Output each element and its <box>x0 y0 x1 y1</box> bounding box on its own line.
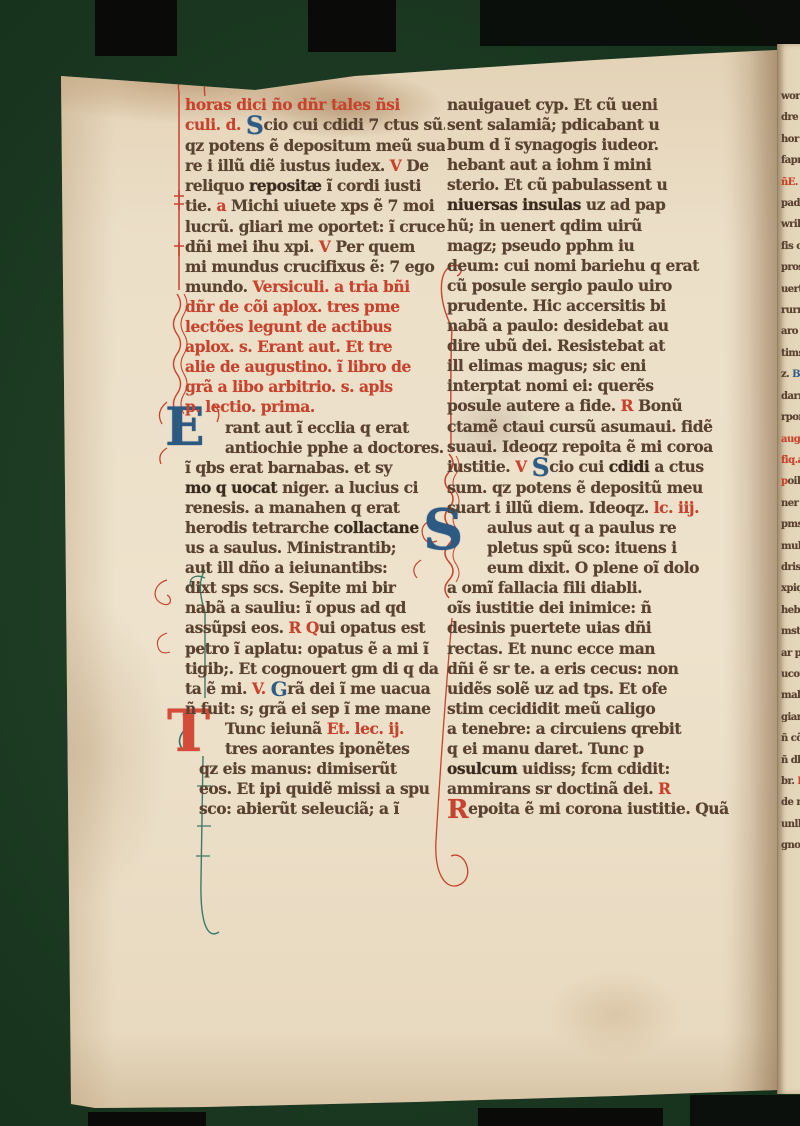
manuscript-line: nabã a sauliu: ĩ opus ad qd <box>185 598 445 618</box>
text-segment: petro ĩ aplatu: opatus ẽ a mi ĩ <box>185 639 429 658</box>
text-segment: re i illũ diẽ iustus iudex. <box>185 156 390 175</box>
manuscript-line: horas dici ño dñr tales ñsi <box>185 95 445 115</box>
text-segment: wor <box>781 91 800 102</box>
manuscript-line: p. lectio. prima. <box>185 397 445 417</box>
text-segment: G <box>271 677 288 701</box>
text-segment: desinis puertete uias dñi <box>447 618 651 637</box>
next-page-edge: wordrehorfaprñE.padewrilifis oprosuert d… <box>777 44 800 1094</box>
manuscript-line: ar pt p <box>781 643 800 664</box>
text-segment: B <box>792 369 800 380</box>
text-column-left: horas dici ño dñr tales ñsiculi. d. Scio… <box>185 95 445 819</box>
manuscript-line: aulus aut q a paulus re <box>447 518 735 538</box>
text-segment: ill elimas magus; sic eni <box>447 356 646 375</box>
manuscript-line: osulcum uidiss; fcm cdidit: <box>447 759 735 779</box>
manuscript-line: nabã a paulo: desidebat au <box>447 316 735 336</box>
text-segment: cdidi <box>609 457 650 476</box>
text-segment: V <box>515 457 532 476</box>
text-segment: tres aorantes iponẽtes <box>225 739 409 758</box>
text-segment: V <box>319 237 336 256</box>
text-segment: rurn <box>781 305 800 316</box>
manuscript-line: aplox. s. Erant aut. Et tre <box>185 337 445 357</box>
manuscript-line: lucrũ. gliari me oportet: ĩ cruce <box>185 217 445 237</box>
text-segment: eum dixit. O plene oĩ dolo <box>487 558 699 577</box>
text-segment: sent salamiã; pdicabant u <box>447 115 659 134</box>
text-segment: dris b <box>781 562 800 573</box>
text-segment: gnove <box>781 840 800 851</box>
manuscript-line: deum: cui nomi bariehu q erat <box>447 256 735 276</box>
text-segment: ĩ qbs erat barnabas. et sy <box>185 458 392 477</box>
red-margin-curl-2 <box>157 633 170 653</box>
next-page-text-fragments: wordrehorfaprñE.padewrilifis oprosuert d… <box>781 86 800 857</box>
manuscript-line: rporta <box>781 407 800 428</box>
manuscript-line: pletus spũ sco: ituens i <box>447 538 735 558</box>
manuscript-line: fis o <box>781 236 800 257</box>
text-segment: magz; pseudo pphm iu <box>447 236 634 255</box>
text-segment: qz potens ẽ depositum meũ sua <box>185 136 445 155</box>
manuscript-line: poik <box>781 471 800 492</box>
text-segment: oĩs iustitie dei inimice: ñ <box>447 598 651 617</box>
text-segment: pros <box>781 262 800 273</box>
text-segment: us a saulus. Ministrantib; <box>185 538 396 557</box>
text-segment: giam. <box>781 712 800 723</box>
text-segment: tie. <box>185 196 216 215</box>
text-segment: niger. a lucius ci <box>277 478 418 497</box>
manuscript-line: suart i illũ diem. Ideoqz. lc. iij. <box>447 498 735 518</box>
text-segment: a omĩ fallacia fili diabli. <box>447 578 642 597</box>
text-segment: dñi ẽ sr te. a eris cecus: non <box>447 659 678 678</box>
manuscript-line: a tenebre: a circuiens qrebit <box>447 719 735 739</box>
text-segment: renesis. a manahen q erat <box>185 498 400 517</box>
manuscript-line: lectões legunt de actibus <box>185 317 445 337</box>
manuscript-line: de mple <box>781 792 800 813</box>
manuscript-line: ucou. <box>781 664 800 685</box>
text-segment: ta ẽ mi. <box>185 679 252 698</box>
text-segment: Per quem <box>335 237 414 256</box>
text-segment: aulus aut q a paulus re <box>487 518 676 537</box>
text-segment: antiochie pphe a doctores. <box>225 438 444 457</box>
text-segment: stim cecididit meũ caligo <box>447 699 655 718</box>
text-segment: a <box>216 196 231 215</box>
manuscript-line: fapr <box>781 150 800 171</box>
text-segment: niuersas insulas <box>447 195 581 214</box>
text-segment: reliquo <box>185 176 249 195</box>
text-segment: uz ad pap <box>581 195 665 214</box>
manuscript-line: prudente. Hic accersitis bi <box>447 296 735 316</box>
red-margin-curl <box>155 580 170 605</box>
manuscript-line: petro ĩ aplatu: opatus ẽ a mi ĩ <box>185 639 445 659</box>
text-segment: wrili <box>781 219 800 230</box>
manuscript-line: alie de augustino. ĩ libro de <box>185 357 445 377</box>
manuscript-line: aro V <box>781 321 800 342</box>
text-segment: ñ db ua <box>781 755 800 766</box>
red-ascender-hook <box>245 68 257 72</box>
text-segment: grã a libo arbitrio. s. apls <box>185 377 393 396</box>
manuscript-line: hũ; in uenert qdim uirũ <box>447 216 735 236</box>
manuscript-line: rectas. Et nunc ecce man <box>447 639 735 659</box>
text-segment: collactane <box>334 518 419 537</box>
margin-line-knots <box>174 190 184 256</box>
manuscript-line: sterio. Et cũ pabulassent u <box>447 175 735 195</box>
text-segment: hor <box>781 134 799 145</box>
manuscript-line: mi mundus crucifixus ẽ: 7 ego <box>185 257 445 277</box>
manuscript-line: z. B <box>781 364 800 385</box>
manuscript-line: ñ db ua <box>781 750 800 771</box>
manuscript-line: augu <box>781 429 800 450</box>
manuscript-line: tie. a Michi uiuete xps ẽ 7 moi <box>185 196 445 216</box>
text-segment: fiq.an <box>781 455 800 466</box>
text-segment: ar pt p <box>781 648 800 659</box>
text-segment: Michi uiuete xps ẽ 7 moi <box>231 196 434 215</box>
manuscript-line: br. RT <box>781 771 800 792</box>
text-segment: pletus spũ sco: ituens i <box>487 538 677 557</box>
text-segment: tigib;. Et cognouert gm di q da <box>185 659 439 678</box>
text-segment: cũ posule sergio paulo uiro <box>447 276 672 295</box>
manuscript-line: eum dixit. O plene oĩ dolo <box>447 558 735 578</box>
text-segment: Versiculi. a tria bñi <box>253 277 410 296</box>
manuscript-line: assũpsi eos. R Qui opatus est <box>185 618 445 638</box>
manuscript-line: darn <box>781 386 800 407</box>
manuscript-line: gnove <box>781 835 800 856</box>
text-segment: uidẽs solẽ uz ad tps. Et ofe <box>447 679 667 698</box>
manuscript-line: wor <box>781 86 800 107</box>
cradle-shadow-top-right <box>480 0 800 46</box>
text-segment: a tenebre: a circuiens qrebit <box>447 719 681 738</box>
text-segment: Bonũ <box>638 396 682 415</box>
manuscript-line: posule autere a fide. R Bonũ <box>447 396 735 416</box>
manuscript-line: unlle ar <box>781 814 800 835</box>
manuscript-line: ñ cõi. <box>781 728 800 749</box>
manuscript-line: cũ posule sergio paulo uiro <box>447 276 735 296</box>
text-segment: epoita ẽ mi corona iustitie. Quã <box>468 799 729 818</box>
text-segment: R Q <box>288 618 318 637</box>
manuscript-line: dre <box>781 107 800 128</box>
text-segment: suaui. Ideoqz repoita ẽ mi coroa <box>447 437 713 456</box>
manuscript-line: iustitie. V Scio cui cdidi a ctus <box>447 457 735 478</box>
manuscript-line: mundo. Versiculi. a tria bñi <box>185 277 445 297</box>
manuscript-line: wrili <box>781 214 800 235</box>
text-segment: ammirans sr doctinã dei. <box>447 779 658 798</box>
manuscript-line: reliquo repositæ ĩ cordi iusti <box>185 176 445 196</box>
text-segment: iustitie. <box>447 457 515 476</box>
text-segment: hebr <box>781 605 800 616</box>
manuscript-line: niuersas insulas uz ad pap <box>447 195 735 215</box>
manuscript-line: dire ubũ dei. Resistebat at <box>447 336 735 356</box>
manuscript-line: pros <box>781 257 800 278</box>
manuscript-line: mo q uocat niger. a lucius ci <box>185 478 445 498</box>
margin-filigree-left <box>174 294 181 414</box>
manuscript-line: sum. qz potens ẽ depositũ meu <box>447 478 735 498</box>
text-segment: aut ill dño a ieiunantibs: <box>185 558 387 577</box>
text-segment: cio cui cdidi 7 ctus sũ. <box>263 115 445 134</box>
manuscript-line: nauigauet cyp. Et cũ ueni <box>447 95 735 115</box>
manuscript-line: tims l <box>781 343 800 364</box>
manuscript-line: hebr <box>781 600 800 621</box>
manuscript-line: grã a libo arbitrio. s. apls <box>185 377 445 397</box>
text-segment: sco: abierũt seleuciã; a ĩ <box>199 799 399 818</box>
margin-line-top-curl <box>178 71 195 92</box>
text-segment: unlle ar <box>781 819 800 830</box>
text-segment: eos. Et ipi quidẽ missi a spu <box>199 779 429 798</box>
text-segment: osulcum <box>447 759 517 778</box>
text-segment: suart i illũ diem. Ideoqz. <box>447 498 654 517</box>
text-segment: ñ fuit: s; grã ei sep ĩ me mane <box>185 699 431 718</box>
manuscript-line: pade <box>781 193 800 214</box>
manuscript-line: ctamẽ ctaui cursũ asumaui. fidẽ <box>447 417 735 437</box>
text-segment: lucrũ. gliari me oportet: ĩ cruce <box>185 217 445 236</box>
text-segment: ĩ cordi iusti <box>322 176 421 195</box>
text-segment: qz eis manus: dimiserũt <box>199 759 397 778</box>
manuscript-line: re i illũ diẽ iustus iudex. V De <box>185 156 445 176</box>
manuscript-line: desinis puertete uias dñi <box>447 618 735 638</box>
cradle-strap-top-left <box>95 0 177 56</box>
text-segment: rã dei ĩ me uacua <box>287 679 430 698</box>
manuscript-line: dris b <box>781 557 800 578</box>
manuscript-line: mali r <box>781 685 800 706</box>
text-segment: Tunc ieiunã <box>225 719 327 738</box>
manuscript-photo: wordrehorfaprñE.padewrilifis oprosuert d… <box>0 0 800 1126</box>
text-segment: nabã a paulo: desidebat au <box>447 316 669 335</box>
manuscript-line: tigib;. Et cognouert gm di q da <box>185 659 445 679</box>
manuscript-line: xpiqu <box>781 578 800 599</box>
text-segment: horas dici ño dñr tales ñsi <box>185 95 400 114</box>
manuscript-line: ta ẽ mi. V. Grã dei ĩ me uacua <box>185 679 445 699</box>
manuscript-line: ĩ qbs erat barnabas. et sy <box>185 458 445 478</box>
text-segment: posule autere a fide. <box>447 396 621 415</box>
text-segment: Et. lec. ij. <box>327 719 404 738</box>
manuscript-line: a omĩ fallacia fili diabli. <box>447 578 735 598</box>
manuscript-line: oĩs iustitie dei inimice: ñ <box>447 598 735 618</box>
manuscript-line: ñE. <box>781 172 800 193</box>
manuscript-line: sent salamiã; pdicabant u <box>447 115 735 135</box>
text-segment: De <box>406 156 428 175</box>
manuscript-line: culi. d. Scio cui cdidi 7 ctus sũ. <box>185 115 445 136</box>
text-segment: nabã a sauliu: ĩ opus ad qd <box>185 598 406 617</box>
manuscript-line: giam. <box>781 707 800 728</box>
text-segment: lc. iij. <box>654 498 699 517</box>
text-segment: mo q uocat <box>185 478 277 497</box>
manuscript-line: antiochie pphe a doctores. <box>185 438 445 458</box>
text-segment: dñr de cõi aplox. tres pme <box>185 297 400 316</box>
text-segment: interptat nomi ei: querẽs <box>447 376 654 395</box>
text-segment: xpiqu <box>781 583 800 594</box>
red-ascender-flourish <box>204 65 227 96</box>
text-segment: msta s <box>781 626 800 637</box>
manuscript-line: rant aut ĩ ecclia q erat <box>185 418 445 438</box>
text-segment: rectas. Et nunc ecce man <box>447 639 655 658</box>
text-segment: dixt sps scs. Sepite mi bir <box>185 578 396 597</box>
manuscript-line: tres aorantes iponẽtes <box>185 739 445 759</box>
text-segment: R <box>447 795 468 820</box>
cradle-shadow-bottom-right <box>690 1095 800 1126</box>
text-segment: rporta <box>781 412 800 423</box>
text-segment: mundo. <box>185 277 253 296</box>
text-segment: mali r <box>781 690 800 701</box>
cradle-strap-top-mid <box>308 0 396 52</box>
manuscript-line: uert d <box>781 279 800 300</box>
text-segment: V. <box>252 679 271 698</box>
text-segment: hebant aut a iohm ĩ mini <box>447 155 651 174</box>
text-segment: deum: cui nomi bariehu q erat <box>447 256 699 275</box>
manuscript-line: Repoita ẽ mi corona iustitie. Quã <box>447 799 735 820</box>
manuscript-line: dixt sps scs. Sepite mi bir <box>185 578 445 598</box>
text-segment: herodis tetrarche <box>185 518 334 537</box>
text-segment: ucou. <box>781 669 800 680</box>
text-segment: rant aut ĩ ecclia q erat <box>225 418 409 437</box>
text-segment: de mple <box>781 797 800 808</box>
text-segment: culi. d. <box>185 115 246 134</box>
manuscript-line: aut ill dño a ieiunantibs: <box>185 558 445 578</box>
manuscript-line: ner <box>781 493 800 514</box>
text-segment: bum d ĩ synagogis iudeor. <box>447 135 659 154</box>
text-segment: ñE. <box>781 177 798 188</box>
text-segment: dre <box>781 112 798 123</box>
text-segment: q ei manu daret. Tunc p <box>447 739 644 758</box>
text-segment: br. <box>781 776 797 787</box>
text-segment: cio cui <box>549 457 608 476</box>
text-segment: dire ubũ dei. Resistebat at <box>447 336 665 355</box>
manuscript-line: renesis. a manahen q erat <box>185 498 445 518</box>
text-segment: p. lectio. prima. <box>185 397 315 416</box>
manuscript-line: qz potens ẽ depositum meũ sua <box>185 136 445 156</box>
manuscript-line: us a saulus. Ministrantib; <box>185 538 445 558</box>
manuscript-line: msta s <box>781 621 800 642</box>
manuscript-line: dñr de cõi aplox. tres pme <box>185 297 445 317</box>
manuscript-line: dñi ẽ sr te. a eris cecus: non <box>447 659 735 679</box>
manuscript-page: E T S horas dici ño dñr tales ñsiculi. d… <box>55 50 777 1112</box>
text-segment: mi mundus crucifixus ẽ: 7 ego <box>185 257 434 276</box>
text-segment: a ctus <box>649 457 703 476</box>
text-segment: R <box>621 396 638 415</box>
text-segment: fis o <box>781 241 800 252</box>
manuscript-line: fiq.an <box>781 450 800 471</box>
text-segment: uert d <box>781 284 800 295</box>
text-segment: sterio. Et cũ pabulassent u <box>447 175 667 194</box>
text-segment: prudente. Hic accersitis bi <box>447 296 666 315</box>
manuscript-line: rurn <box>781 300 800 321</box>
text-segment: tims l <box>781 348 800 359</box>
text-segment: uidiss; fcm cdidit: <box>517 759 670 778</box>
manuscript-line: sco: abierũt seleuciã; a ĩ <box>185 799 445 819</box>
manuscript-line: mul de <box>781 536 800 557</box>
text-segment: ctamẽ ctaui cursũ asumaui. fidẽ <box>447 417 713 436</box>
manuscript-line: pms. <box>781 514 800 535</box>
manuscript-line: q ei manu daret. Tunc p <box>447 739 735 759</box>
manuscript-line: magz; pseudo pphm iu <box>447 236 735 256</box>
text-segment: assũpsi eos. <box>185 618 288 637</box>
text-column-right: nauigauet cyp. Et cũ uenisent salamiã; p… <box>447 95 735 820</box>
text-segment: dñi mei ihu xpi. <box>185 237 319 256</box>
manuscript-line: hebant aut a iohm ĩ mini <box>447 155 735 175</box>
text-segment: nauigauet cyp. Et cũ ueni <box>447 95 658 114</box>
text-segment: pms. <box>781 519 800 530</box>
text-segment: V <box>390 156 407 175</box>
manuscript-line: ñ fuit: s; grã ei sep ĩ me mane <box>185 699 445 719</box>
text-segment: R <box>658 779 670 798</box>
text-segment: aro <box>781 326 800 337</box>
text-segment: sum. qz potens ẽ depositũ meu <box>447 478 703 497</box>
manuscript-line: bum d ĩ synagogis iudeor. <box>447 135 735 155</box>
manuscript-line: suaui. Ideoqz repoita ẽ mi coroa <box>447 437 735 457</box>
manuscript-line: interptat nomi ei: querẽs <box>447 376 735 396</box>
text-segment: oik <box>788 476 800 487</box>
cradle-strap-bottom-mid <box>478 1108 663 1126</box>
manuscript-line: ammirans sr doctinã dei. R <box>447 779 735 799</box>
manuscript-line: hor <box>781 129 800 150</box>
manuscript-line: herodis tetrarche collactane <box>185 518 445 538</box>
manuscript-line: ill elimas magus; sic eni <box>447 356 735 376</box>
text-segment: ui opatus est <box>319 618 425 637</box>
manuscript-line: Tunc ieiunã Et. lec. ij. <box>185 719 445 739</box>
text-segment: darn <box>781 391 800 402</box>
manuscript-line: dñi mei ihu xpi. V Per quem <box>185 237 445 257</box>
text-segment: ner <box>781 498 798 509</box>
text-segment: aplox. s. Erant aut. Et tre <box>185 337 392 356</box>
manuscript-line: qz eis manus: dimiserũt <box>185 759 445 779</box>
cradle-strap-bottom-left <box>88 1112 206 1126</box>
text-segment: augu <box>781 434 800 445</box>
text-segment: ñ cõi. <box>781 733 800 744</box>
manuscript-line: stim cecididit meũ caligo <box>447 699 735 719</box>
text-segment: z. <box>781 369 792 380</box>
text-segment: hũ; in uenert qdim uirũ <box>447 216 642 235</box>
text-segment: fapr <box>781 155 800 166</box>
manuscript-line: eos. Et ipi quidẽ missi a spu <box>185 779 445 799</box>
text-segment: alie de augustino. ĩ libro de <box>185 357 411 376</box>
text-segment: pade <box>781 198 800 209</box>
text-segment: mul de <box>781 541 800 552</box>
manuscript-line: uidẽs solẽ uz ad tps. Et ofe <box>447 679 735 699</box>
text-segment: repositæ <box>249 176 322 195</box>
text-segment: lectões legunt de actibus <box>185 317 392 336</box>
